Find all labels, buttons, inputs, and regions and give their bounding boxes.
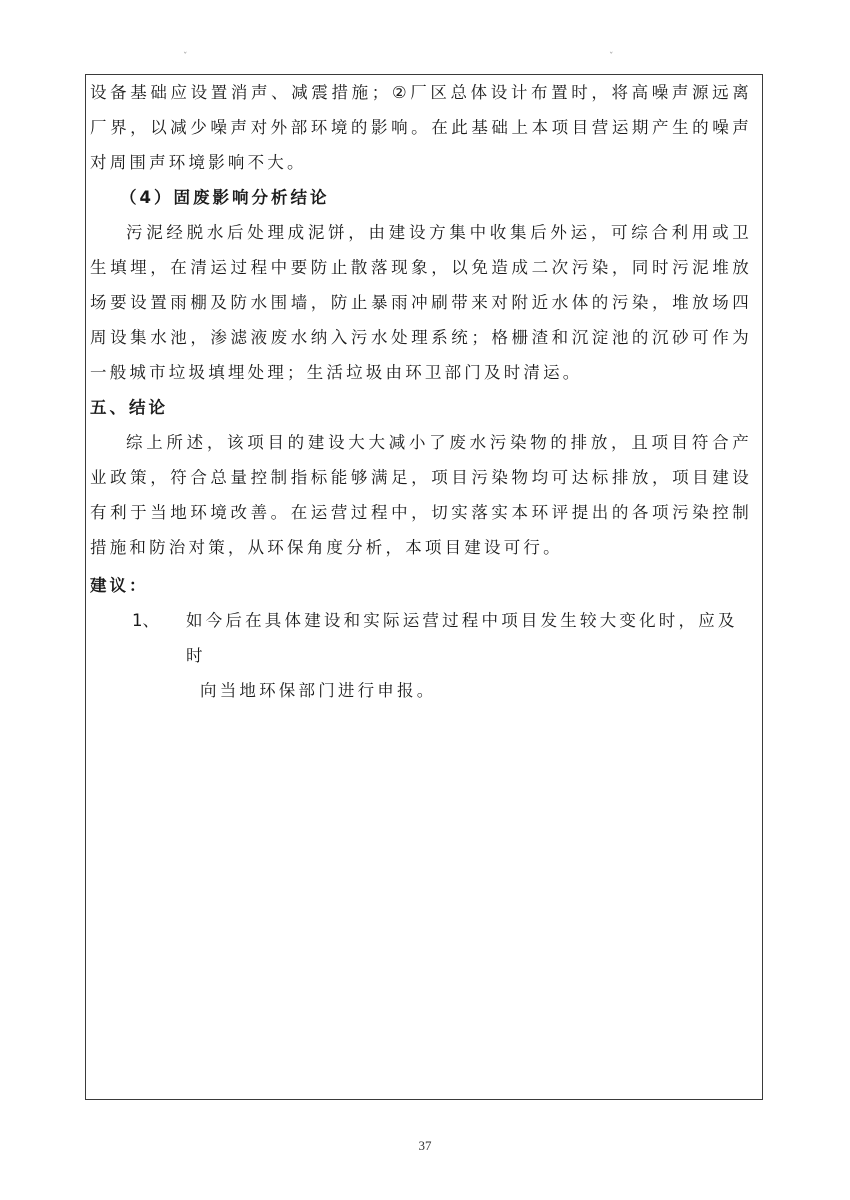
page-number: 37 — [0, 1138, 850, 1154]
suggestion-line-2: 向当地环保部门进行申报。 — [186, 673, 752, 708]
suggestion-line-1: 如今后在具体建设和实际运营过程中项目发生较大变化时，应及时 — [186, 611, 738, 665]
scan-artifact-mark: ˇ — [183, 52, 188, 62]
scan-artifact-mark: ˇ — [609, 52, 614, 62]
conclusion-paragraph: 综上所述，该项目的建设大大减小了废水污染物的排放，且项目符合产业政策，符合总量控… — [90, 425, 752, 565]
document-body: 设备基础应设置消声、减震措施；②厂区总体设计布置时，将高噪声源远离厂界，以减少噪… — [86, 75, 762, 708]
suggestion-text: 如今后在具体建设和实际运营过程中项目发生较大变化时，应及时 向当地环保部门进行申… — [186, 603, 752, 708]
solid-waste-paragraph: 污泥经脱水后处理成泥饼，由建设方集中收集后外运，可综合利用或卫生填埋，在清运过程… — [90, 215, 752, 390]
suggestions-heading: 建议： — [90, 568, 752, 603]
document-frame: 设备基础应设置消声、减震措施；②厂区总体设计布置时，将高噪声源远离厂界，以减少噪… — [85, 74, 763, 1100]
conclusion-heading: 五、结论 — [90, 390, 752, 425]
suggestion-item: 1、 如今后在具体建设和实际运营过程中项目发生较大变化时，应及时 向当地环保部门… — [90, 603, 752, 708]
solid-waste-heading: （4）固废影响分析结论 — [90, 180, 752, 215]
suggestion-number: 1、 — [90, 603, 186, 708]
noise-continuation-paragraph: 设备基础应设置消声、减震措施；②厂区总体设计布置时，将高噪声源远离厂界，以减少噪… — [90, 75, 752, 180]
